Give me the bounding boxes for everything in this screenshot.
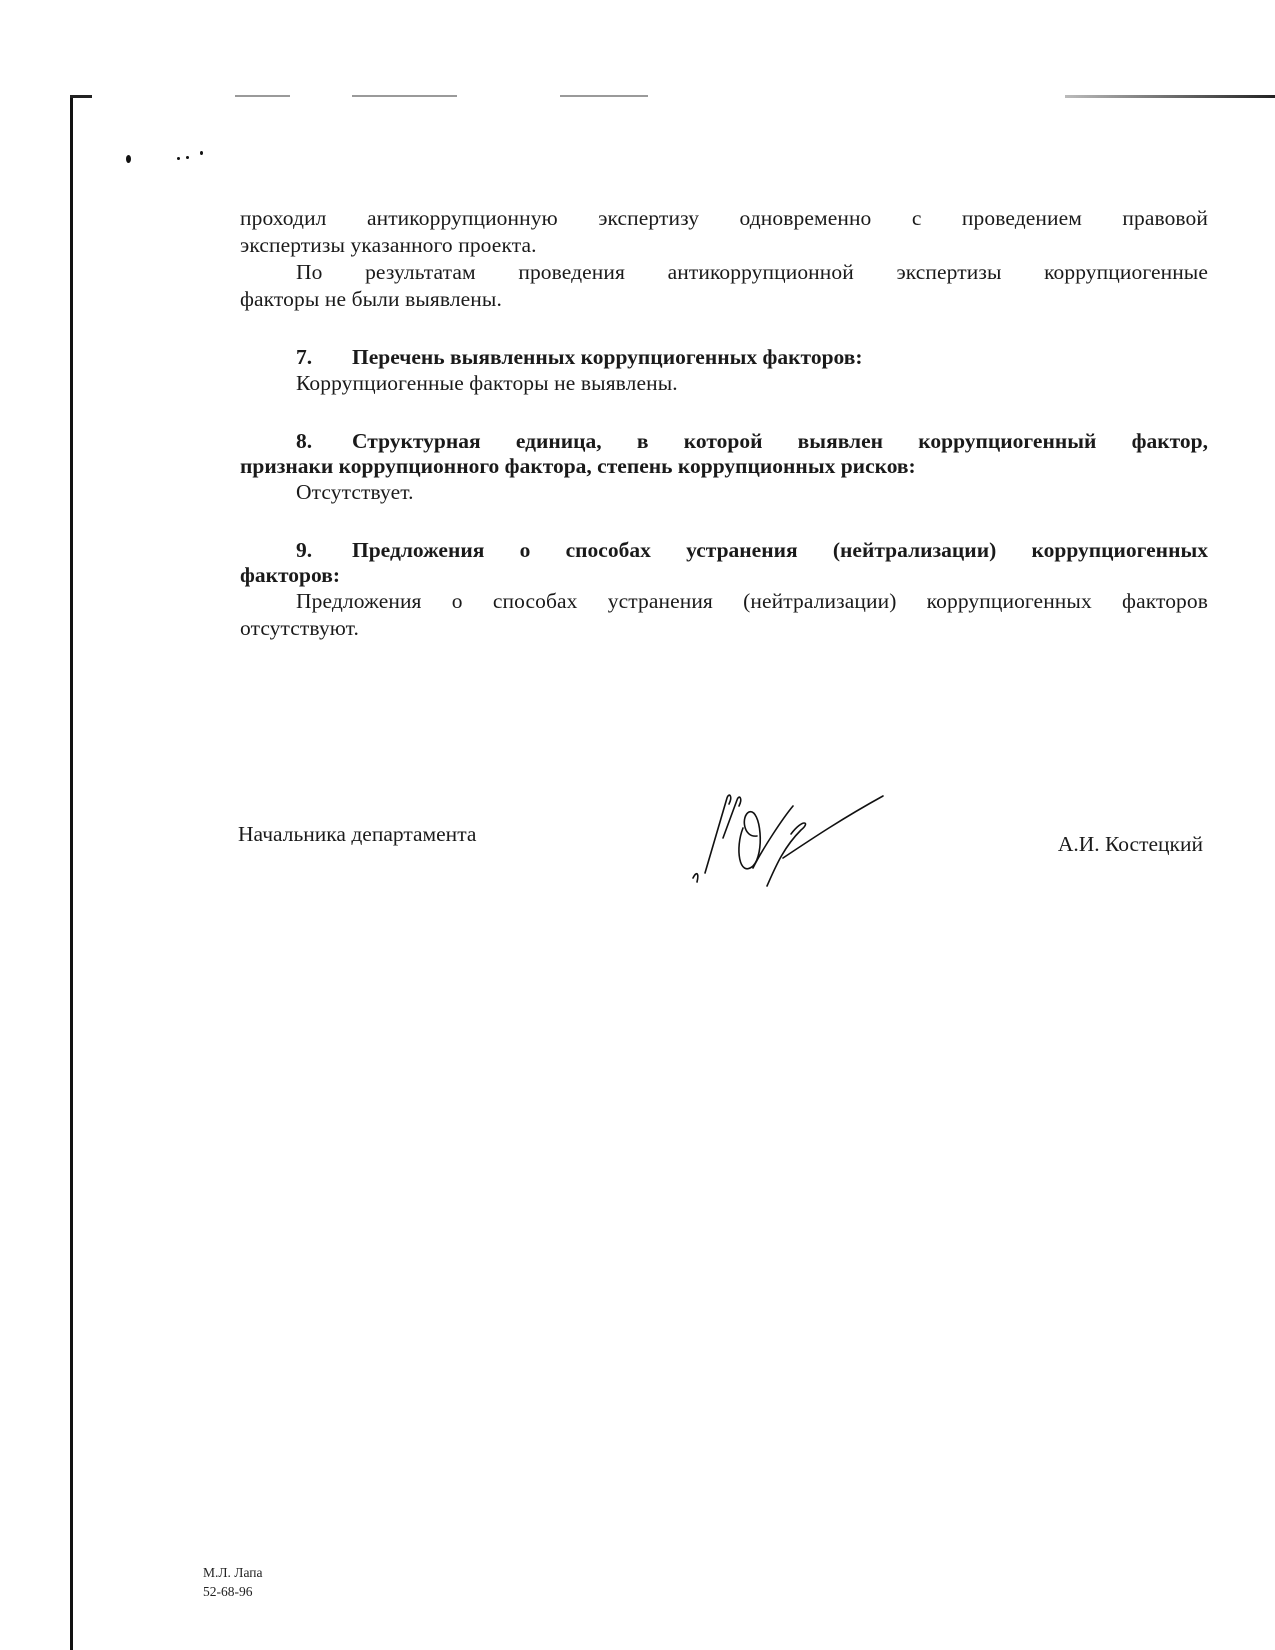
scan-corner-mark [70,95,92,98]
scan-top-dash [235,95,290,97]
section-number: 8. [296,429,352,454]
handwritten-signature-icon [683,778,903,888]
section-title: Предложения о способах устранения (нейтр… [352,538,1208,562]
scan-top-dash [560,95,648,97]
section-title: Перечень выявленных коррупциогенных факт… [352,345,863,369]
executor-phone: 52-68-96 [203,1582,262,1601]
section-8-heading-line-2: признаки коррупционного фактора, степень… [240,454,1208,479]
scan-dot [200,151,203,155]
scan-top-dash [352,95,457,97]
scan-dot [186,156,189,159]
section-8-heading-line-1: 8.Структурная единица, в которой выявлен… [240,429,1208,454]
section-9-body-line-2: отсутствуют. [240,615,1208,642]
result-paragraph-line-1: По результатам проведения антикоррупцион… [240,259,1208,286]
scan-top-dash [1065,95,1275,98]
scan-dot [126,155,131,163]
section-7-body: Коррупциогенные факторы не выявлены. [240,370,1208,397]
section-7: 7.Перечень выявленных коррупциогенных фа… [240,345,1208,397]
result-paragraph-line-2: факторы не были выявлены. [240,286,1208,313]
scan-left-border [70,95,73,1650]
signatory-name: А.И. Костецкий [1058,832,1203,857]
section-number: 9. [296,538,352,563]
section-7-heading: 7.Перечень выявленных коррупциогенных фа… [240,345,1208,370]
section-9-heading-line-2: факторов: [240,563,1208,588]
scan-dot [177,157,180,160]
section-8: 8.Структурная единица, в которой выявлен… [240,429,1208,506]
section-title: Структурная единица, в которой выявлен к… [352,429,1208,453]
section-8-body: Отсутствует. [240,479,1208,506]
document-body: проходил антикоррупционную экспертизу од… [240,205,1208,642]
signature-block: Начальника департамента А.И. Костецкий [238,820,1203,880]
section-number: 7. [296,345,352,370]
signatory-position: Начальника департамента [238,822,476,847]
intro-line-2: экспертизы указанного проекта. [240,232,1208,259]
intro-line-1: проходил антикоррупционную экспертизу од… [240,205,1208,232]
section-9: 9.Предложения о способах устранения (ней… [240,538,1208,642]
section-9-heading-line-1: 9.Предложения о способах устранения (ней… [240,538,1208,563]
executor-info: М.Л. Лапа 52-68-96 [203,1563,262,1601]
executor-name: М.Л. Лапа [203,1563,262,1582]
section-9-body-line-1: Предложения о способах устранения (нейтр… [240,588,1208,615]
